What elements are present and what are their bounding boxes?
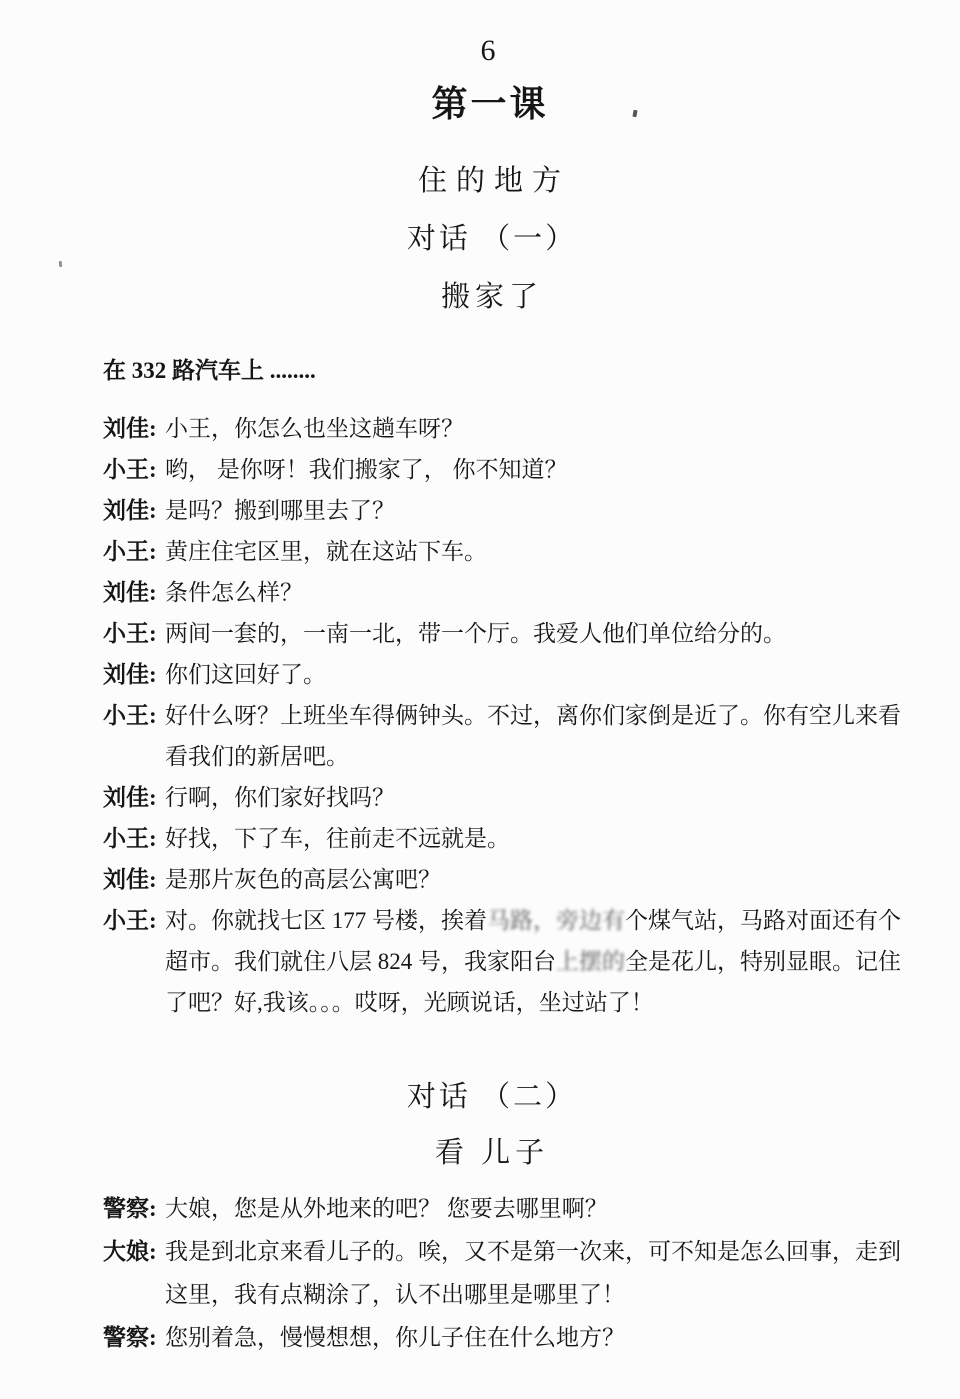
speaker-label: 小王:	[103, 455, 165, 485]
speaker-label: 刘佳:	[103, 414, 165, 444]
dialogue-line: 刘佳:行啊，你们家好找吗？	[103, 783, 930, 813]
lesson-title: 第一课	[10, 84, 960, 124]
speaker-label: 刘佳:	[103, 783, 165, 813]
dialogue-text: 大娘，您是从外地来的吧？ 您要去哪里啊？	[165, 1194, 608, 1224]
dialogue-line: 小王:两间一套的，一南一北，带一个厅。我爱人他们单位给分的。	[103, 619, 930, 649]
dialogue-text: 你们这回好了。	[165, 660, 326, 690]
dialogue-line: 刘佳:是那片灰色的高层公寓吧？	[103, 865, 930, 895]
dialogue-text: 黄庄住宅区里，就在这站下车。	[165, 537, 487, 567]
dialogue-line: 小王:好找，下了车，往前走不远就是。	[103, 824, 930, 854]
speaker-label: 刘佳:	[103, 496, 165, 526]
dialogue2-heading: 对话 （二）	[12, 1080, 960, 1114]
dialogue1-lines: 刘佳:小王，你怎么也坐这趟车呀？小王:哟， 是你呀！我们搬家了， 你不知道？刘佳…	[0, 414, 960, 1018]
dialogue-text: 您别着急，慢慢想想，你儿子住在什么地方？	[165, 1323, 625, 1353]
topic-title: 住的地方	[14, 164, 960, 198]
dialogue-line: 超市。我们就住八层 824 号，我家阳台上摆的全是花儿，特别显眼。记住	[103, 947, 930, 977]
dialogue1-heading: 对话 （一）	[12, 222, 960, 256]
dialogue-text: 我是到北京来看儿子的。唉，又不是第一次来，可不知是怎么回事，走到	[165, 1237, 901, 1267]
dialogue2-subtitle: 看 儿子	[12, 1136, 960, 1170]
dialogue-text: 好找，下了车，往前走不远就是。	[165, 824, 510, 854]
scan-artifact	[59, 261, 63, 267]
dialogue-text: 对。你就找七区 177 号楼，挨着马路，旁边有个煤气站，马路对面还有个	[165, 906, 901, 936]
page-number: 6	[8, 0, 960, 68]
speaker-label: 小王:	[103, 824, 165, 854]
dialogue-line: 看我们的新居吧。	[103, 742, 930, 772]
dialogue-text: 看我们的新居吧。	[165, 742, 349, 772]
dialogue-line: 小王:好什么呀？上班坐车得俩钟头。不过，离你们家倒是近了。你有空儿来看	[103, 701, 930, 731]
dialogue-text: 好什么呀？上班坐车得俩钟头。不过，离你们家倒是近了。你有空儿来看	[165, 701, 901, 731]
dialogue-text: 小王，你怎么也坐这趟车呀？	[165, 414, 464, 444]
speaker-label: 刘佳:	[103, 660, 165, 690]
speaker-label: 小王:	[103, 537, 165, 567]
dialogue1-subtitle: 搬家了	[12, 280, 960, 314]
dialogue-line: 刘佳:小王，你怎么也坐这趟车呀？	[103, 414, 930, 444]
dialogue-line: 警察:大娘，您是从外地来的吧？ 您要去哪里啊？	[103, 1194, 930, 1224]
dialogue-text: 这里，我有点糊涂了，认不出哪里是哪里了！	[165, 1280, 625, 1310]
dialogue-text: 哟， 是你呀！我们搬家了， 你不知道？	[165, 455, 568, 485]
speaker-label: 小王:	[103, 701, 165, 731]
dialogue-text: 行啊，你们家好找吗？	[165, 783, 395, 813]
dialogue-text: 是吗？搬到哪里去了？	[165, 496, 395, 526]
dialogue-text: 是那片灰色的高层公寓吧？	[165, 865, 441, 895]
dialogue-line: 这里，我有点糊涂了，认不出哪里是哪里了！	[103, 1280, 930, 1310]
speaker-label: 小王:	[103, 906, 165, 936]
dialogue-text: 超市。我们就住八层 824 号，我家阳台上摆的全是花儿，特别显眼。记住	[165, 947, 901, 977]
speaker-label: 警察:	[103, 1323, 165, 1353]
speaker-label: 刘佳:	[103, 578, 165, 608]
speaker-label: 小王:	[103, 619, 165, 649]
dialogue-line: 大娘:我是到北京来看儿子的。唉，又不是第一次来，可不知是怎么回事，走到	[103, 1237, 930, 1267]
dialogue-line: 刘佳:是吗？搬到哪里去了？	[103, 496, 930, 526]
dialogue-line: 小王:哟， 是你呀！我们搬家了， 你不知道？	[103, 455, 930, 485]
speaker-label: 大娘:	[103, 1237, 165, 1267]
scanned-textbook-page: 6 第一课 住的地方 对话 （一） 搬家了 在 332 路汽车上 .......…	[0, 0, 960, 1399]
speaker-label: 刘佳:	[103, 865, 165, 895]
dialogue-line: 刘佳:条件怎么样？	[103, 578, 930, 608]
dialogue-line: 刘佳:你们这回好了。	[103, 660, 930, 690]
dialogue-text: 了吧？好,我该。。。哎呀，光顾说话，坐过站了！	[165, 988, 654, 1018]
dialogue-text: 条件怎么样？	[165, 578, 303, 608]
speaker-label: 警察:	[103, 1194, 165, 1224]
dialogue2-lines: 警察:大娘，您是从外地来的吧？ 您要去哪里啊？大娘:我是到北京来看儿子的。唉，又…	[0, 1194, 960, 1353]
dialogue-line: 了吧？好,我该。。。哎呀，光顾说话，坐过站了！	[103, 988, 930, 1018]
dialogue-line: 警察:您别着急，慢慢想想，你儿子住在什么地方？	[103, 1323, 930, 1353]
dialogue-line: 小王:对。你就找七区 177 号楼，挨着马路，旁边有个煤气站，马路对面还有个	[103, 906, 930, 936]
scene-setting-line: 在 332 路汽车上 ........	[0, 356, 960, 386]
dialogue-text: 两间一套的，一南一北，带一个厅。我爱人他们单位给分的。	[165, 619, 786, 649]
dialogue-line: 小王:黄庄住宅区里，就在这站下车。	[103, 537, 930, 567]
